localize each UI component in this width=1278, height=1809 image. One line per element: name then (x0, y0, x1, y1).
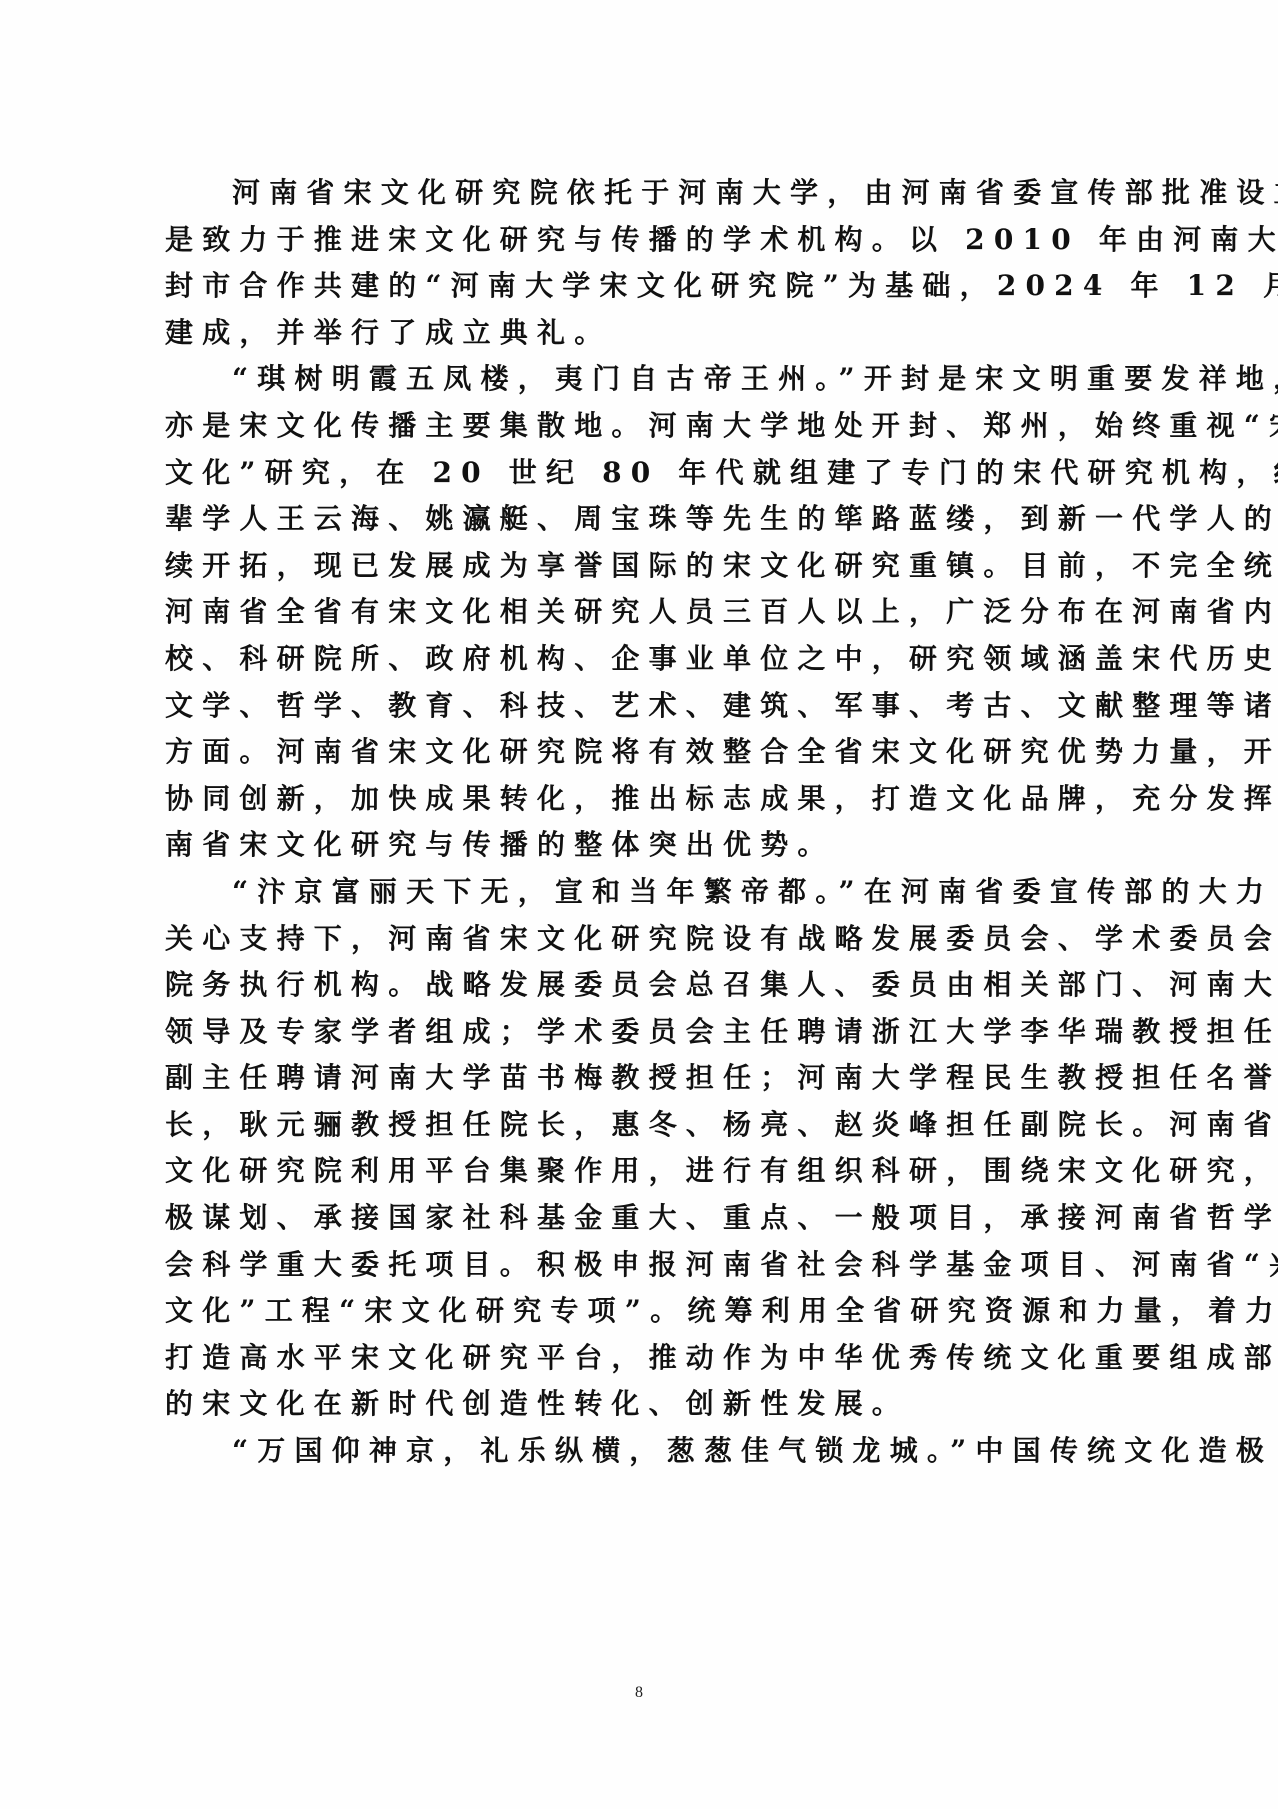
text-line: 封市合作共建的“河南大学宋文化研究院”为基础，2024 年 12 月全新 (165, 263, 1110, 310)
text-line: “汴京富丽天下无，宣和当年繁帝都。”在河南省委宣传部的大力 (165, 869, 1110, 916)
text-line: 关心支持下，河南省宋文化研究院设有战略发展委员会、学术委员会和 (165, 916, 1110, 963)
text-line: 河南省全省有宋文化相关研究人员三百人以上，广泛分布在河南省内高 (165, 589, 1110, 636)
text-line: 领导及专家学者组成；学术委员会主任聘请浙江大学李华瑞教授担任， (165, 1009, 1110, 1056)
text-line: 校、科研院所、政府机构、企事业单位之中，研究领域涵盖宋代历史、 (165, 636, 1110, 683)
text-line: 文化研究院利用平台集聚作用，进行有组织科研，围绕宋文化研究，积 (165, 1148, 1110, 1195)
text-line: 协同创新，加快成果转化，推出标志成果，打造文化品牌，充分发挥河 (165, 776, 1110, 823)
text-line: 副主任聘请河南大学苗书梅教授担任；河南大学程民生教授担任名誉院 (165, 1055, 1110, 1102)
text-line: 极谋划、承接国家社科基金重大、重点、一般项目，承接河南省哲学社 (165, 1195, 1110, 1242)
paragraph-3: “汴京富丽天下无，宣和当年繁帝都。”在河南省委宣传部的大力 关心支持下，河南省宋… (165, 869, 1110, 1428)
paragraph-1: 河南省宋文化研究院依托于河南大学，由河南省委宣传部批准设立， 是致力于推进宋文化… (165, 170, 1110, 356)
text-line: 方面。河南省宋文化研究院将有效整合全省宋文化研究优势力量，开展 (165, 729, 1110, 776)
paragraph-2: “琪树明霞五凤楼，夷门自古帝王州。”开封是宋文明重要发祥地， 亦是宋文化传播主要… (165, 356, 1110, 869)
page-number: 8 (0, 1684, 1278, 1702)
text-line: 长，耿元骊教授担任院长，惠冬、杨亮、赵炎峰担任副院长。河南省宋 (165, 1102, 1110, 1149)
text-line: 是致力于推进宋文化研究与传播的学术机构。以 2010 年由河南大学和开 (165, 217, 1110, 264)
text-line: 会科学重大委托项目。积极申报河南省社会科学基金项目、河南省“兴 (165, 1242, 1110, 1289)
text-line: 院务执行机构。战略发展委员会总召集人、委员由相关部门、河南大学 (165, 962, 1110, 1009)
text-line: “万国仰神京，礼乐纵横，葱葱佳气锁龙城。”中国传统文化造极 (165, 1428, 1110, 1475)
paragraph-4: “万国仰神京，礼乐纵横，葱葱佳气锁龙城。”中国传统文化造极 (165, 1428, 1110, 1475)
text-line: 亦是宋文化传播主要集散地。河南大学地处开封、郑州，始终重视“宋 (165, 403, 1110, 450)
text-line: 打造高水平宋文化研究平台，推动作为中华优秀传统文化重要组成部分 (165, 1335, 1110, 1382)
document-page: 河南省宋文化研究院依托于河南大学，由河南省委宣传部批准设立， 是致力于推进宋文化… (0, 0, 1278, 1809)
text-line: 南省宋文化研究与传播的整体突出优势。 (165, 822, 1110, 869)
text-line: 建成，并举行了成立典礼。 (165, 310, 1110, 357)
text-line: 辈学人王云海、姚瀛艇、周宝珠等先生的筚路蓝缕，到新一代学人的持 (165, 496, 1110, 543)
text-line: 文学、哲学、教育、科技、艺术、建筑、军事、考古、文献整理等诸多 (165, 683, 1110, 730)
text-line: 文化”工程“宋文化研究专项”。统筹利用全省研究资源和力量，着力 (165, 1288, 1110, 1335)
text-line: 的宋文化在新时代创造性转化、创新性发展。 (165, 1381, 1110, 1428)
text-line: 续开拓，现已发展成为享誉国际的宋文化研究重镇。目前，不完全统计， (165, 543, 1110, 590)
text-line: 河南省宋文化研究院依托于河南大学，由河南省委宣传部批准设立， (165, 170, 1110, 217)
text-line: “琪树明霞五凤楼，夷门自古帝王州。”开封是宋文明重要发祥地， (165, 356, 1110, 403)
body-text: 河南省宋文化研究院依托于河南大学，由河南省委宣传部批准设立， 是致力于推进宋文化… (165, 170, 1110, 1475)
text-line: 文化”研究，在 20 世纪 80 年代就组建了专门的宋代研究机构，经过前 (165, 450, 1110, 497)
